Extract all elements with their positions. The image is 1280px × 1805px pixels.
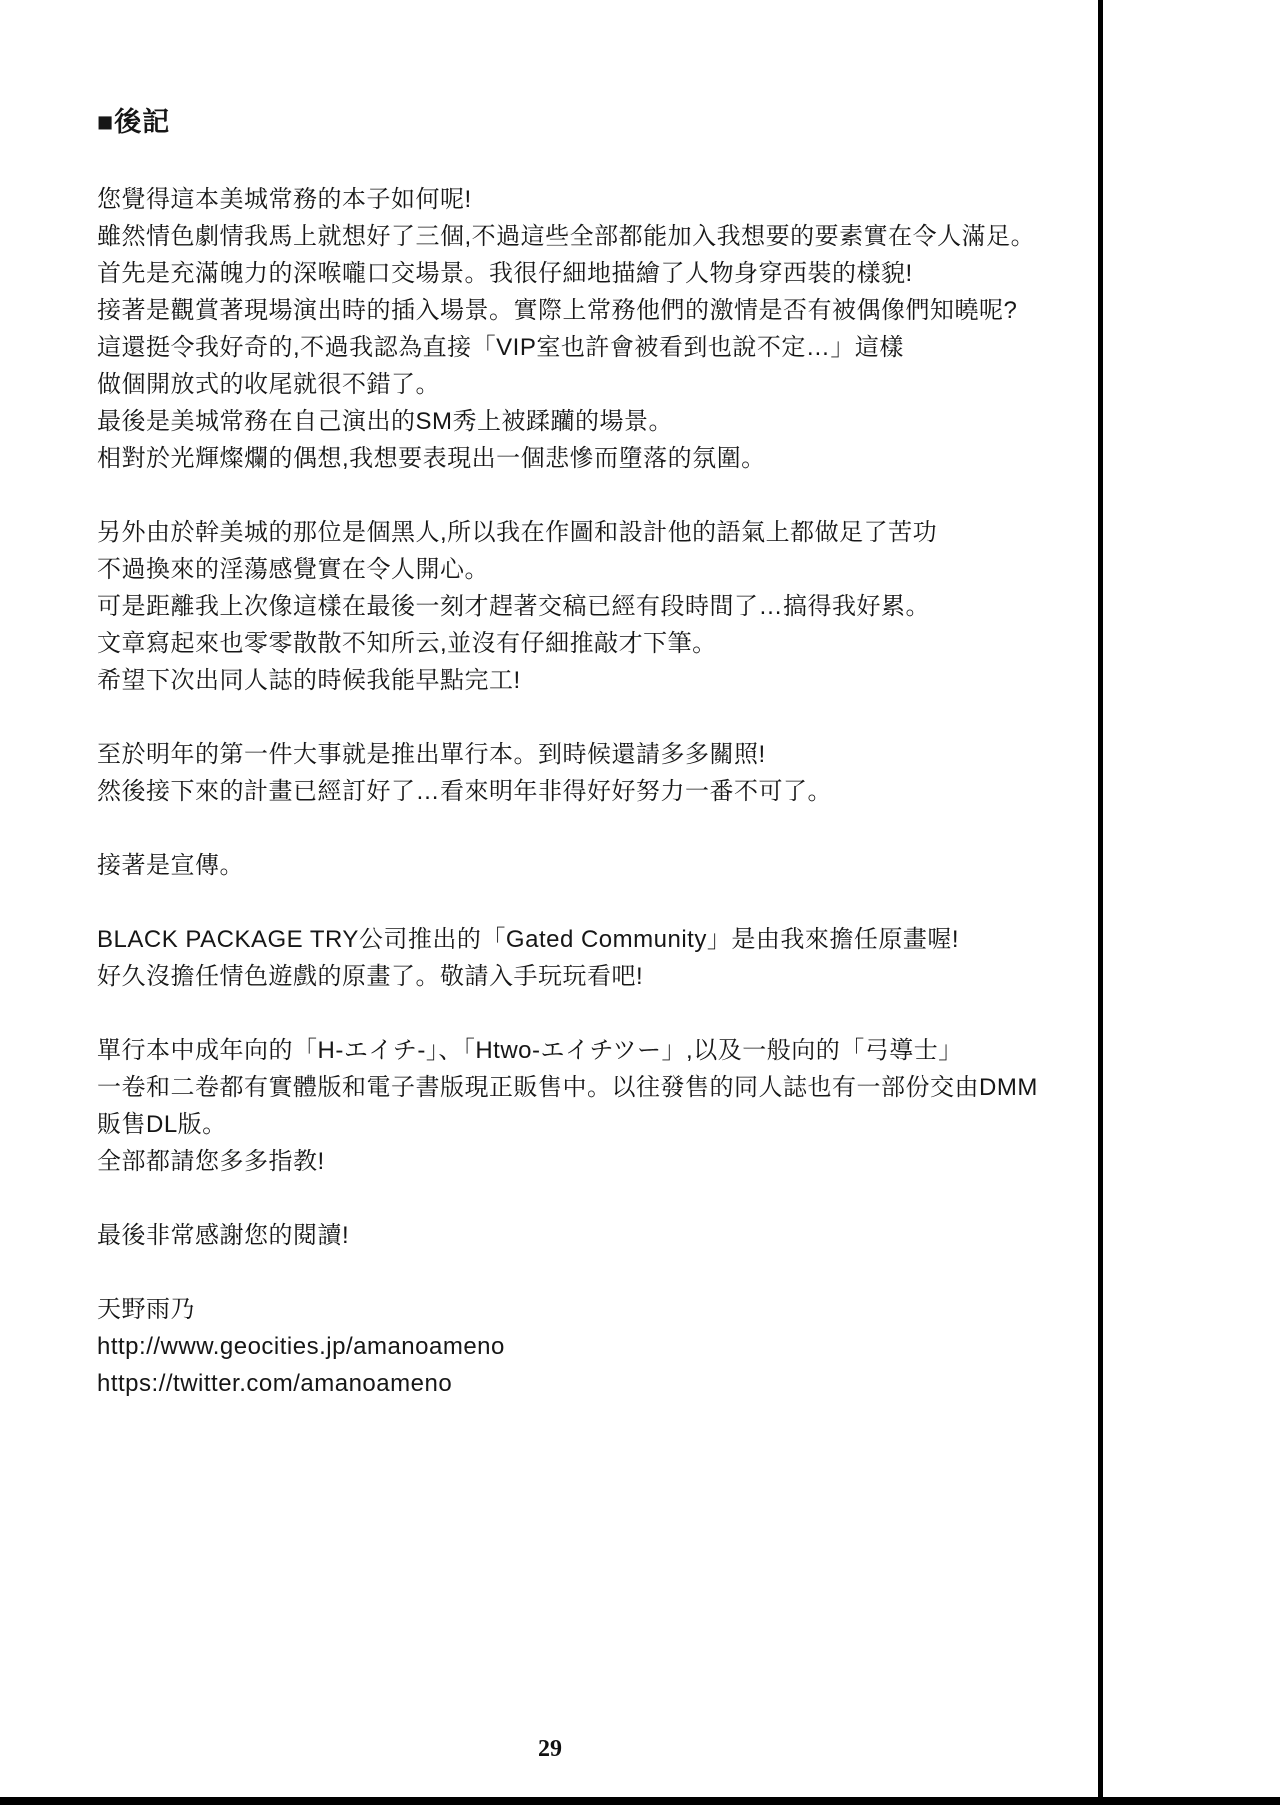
text-line: 不過換來的淫蕩感覺實在令人開心。	[97, 551, 1057, 588]
text-line: 做個開放式的收尾就很不錯了。	[97, 366, 1057, 403]
section-heading: ■後記	[97, 100, 1057, 139]
text-line: 好久沒擔任情色遊戲的原畫了。敬請入手玩玩看吧!	[97, 958, 1057, 995]
document-page: ■後記 您覺得這本美城常務的本子如何呢! 雖然情色劇情我馬上就想好了三個,不過這…	[0, 0, 1280, 1805]
page-number: 29	[0, 1736, 1100, 1763]
author-name: 天野雨乃	[97, 1291, 1057, 1328]
text-line: 您覺得這本美城常務的本子如何呢!	[97, 181, 1057, 218]
text-line: 相對於光輝燦爛的偶想,我想要表現出一個悲慘而墮落的氛圍。	[97, 440, 1057, 477]
text-line: 單行本中成年向的「H-エイチ-」、「Htwo-エイチツー」,以及一般向的「弓導士…	[97, 1032, 1057, 1069]
text-line: 一卷和二卷都有實體版和電子書版現正販售中。以往發售的同人誌也有一部份交由DMM	[97, 1069, 1057, 1106]
signature-block: 天野雨乃 http://www.geocities.jp/amanoameno …	[97, 1291, 1057, 1402]
text-line: 首先是充滿魄力的深喉嚨口交場景。我很仔細地描繪了人物身穿西裝的樣貌!	[97, 255, 1057, 292]
text-line: 販售DL版。	[97, 1106, 1057, 1143]
paragraph: 最後非常感謝您的閱讀!	[97, 1217, 1057, 1254]
text-line: 另外由於幹美城的那位是個黑人,所以我在作圖和設計他的語氣上都做足了苦功	[97, 514, 1057, 551]
text-line: 最後是美城常務在自己演出的SM秀上被蹂躪的場景。	[97, 403, 1057, 440]
text-line: 至於明年的第一件大事就是推出單行本。到時候還請多多關照!	[97, 736, 1057, 773]
paragraph: 您覺得這本美城常務的本子如何呢! 雖然情色劇情我馬上就想好了三個,不過這些全部都…	[97, 181, 1057, 477]
text-line: 最後非常感謝您的閱讀!	[97, 1217, 1057, 1254]
page-border-bottom	[0, 1797, 1280, 1805]
text-line: 文章寫起來也零零散散不知所云,並沒有仔細推敲才下筆。	[97, 625, 1057, 662]
text-line: 可是距離我上次像這樣在最後一刻才趕著交稿已經有段時間了…搞得我好累。	[97, 588, 1057, 625]
twitter-url: https://twitter.com/amanoameno	[97, 1365, 1057, 1402]
afterword-content: ■後記 您覺得這本美城常務的本子如何呢! 雖然情色劇情我馬上就想好了三個,不過這…	[97, 100, 1057, 1402]
paragraph: BLACK PACKAGE TRY公司推出的「Gated Community」是…	[97, 921, 1057, 995]
text-line: 希望下次出同人誌的時候我能早點完工!	[97, 662, 1057, 699]
text-line: 這還挺令我好奇的,不過我認為直接「VIP室也許會被看到也說不定…」這樣	[97, 329, 1057, 366]
paragraph: 單行本中成年向的「H-エイチ-」、「Htwo-エイチツー」,以及一般向的「弓導士…	[97, 1032, 1057, 1180]
text-line: BLACK PACKAGE TRY公司推出的「Gated Community」是…	[97, 921, 1057, 958]
text-line: 接著是觀賞著現場演出時的插入場景。實際上常務他們的激情是否有被偶像們知曉呢?	[97, 292, 1057, 329]
text-line: 雖然情色劇情我馬上就想好了三個,不過這些全部都能加入我想要的要素實在令人滿足。	[97, 218, 1057, 255]
page-border-right	[1098, 0, 1103, 1805]
text-line: 全部都請您多多指教!	[97, 1143, 1057, 1180]
paragraph: 另外由於幹美城的那位是個黑人,所以我在作圖和設計他的語氣上都做足了苦功 不過換來…	[97, 514, 1057, 699]
paragraph: 至於明年的第一件大事就是推出單行本。到時候還請多多關照! 然後接下來的計畫已經訂…	[97, 736, 1057, 810]
text-line: 然後接下來的計畫已經訂好了…看來明年非得好好努力一番不可了。	[97, 773, 1057, 810]
paragraph: 接著是宣傳。	[97, 847, 1057, 884]
text-line: 接著是宣傳。	[97, 847, 1057, 884]
website-url: http://www.geocities.jp/amanoameno	[97, 1328, 1057, 1365]
